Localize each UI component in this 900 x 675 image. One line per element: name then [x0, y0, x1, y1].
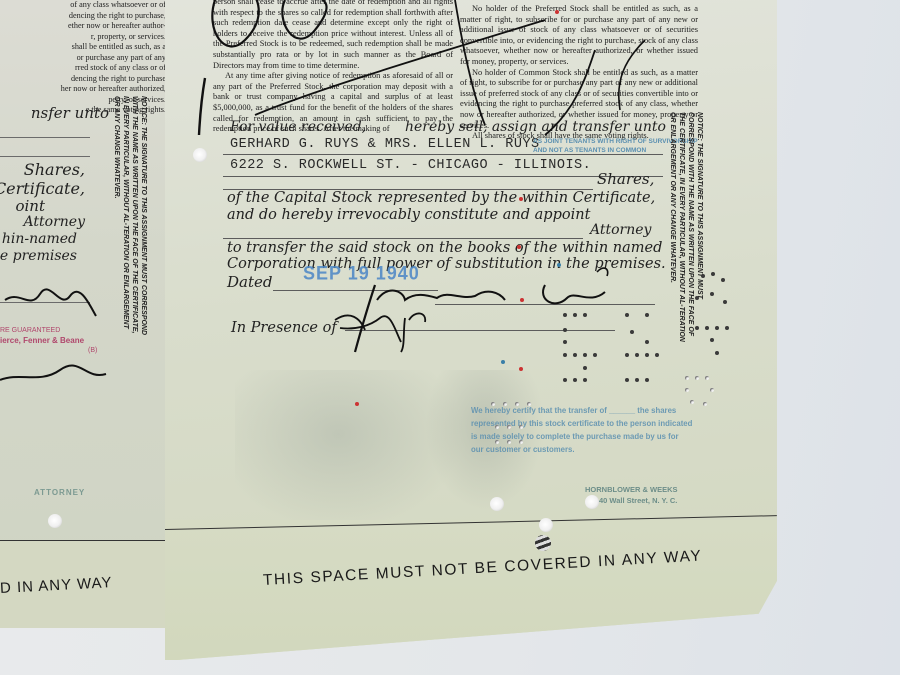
terms-paragraph: No holder of the Preferred Stock shall b…	[460, 4, 698, 68]
left-script-shares: Shares,	[24, 160, 85, 179]
date-stamp: SEP 19 1940	[303, 262, 420, 285]
bottom-band	[165, 520, 777, 660]
signature-rule	[435, 304, 655, 305]
punch-hole	[585, 495, 599, 509]
fineprint-line: rred stock of any class or of	[0, 63, 166, 74]
in-presence-of-label: In Presence of	[231, 320, 337, 336]
left-script-certificate: Certificate,	[0, 179, 85, 198]
left-rule	[0, 137, 90, 138]
date-rule	[273, 290, 438, 291]
left-attorney-stamp: ATTORNEY	[34, 488, 85, 497]
guarantee-line: RE GUARANTEED	[0, 326, 110, 336]
guarantee-line: ierce, Fenner & Beane	[0, 336, 110, 346]
punch-hole	[539, 518, 553, 532]
fineprint-line: or purchase any part of any	[0, 53, 166, 64]
for-value-received-label: For value received,	[230, 119, 366, 135]
assignee-name: GERHARD G. RUYS & MRS. ELLEN L. RUYS	[230, 137, 540, 152]
certification-line: represented by this stock certificate to…	[471, 417, 699, 430]
punch-hole	[490, 497, 504, 511]
dated-label: Dated	[227, 273, 272, 291]
fibre-dot	[519, 197, 523, 201]
left-notice-vertical: NOTICE: THE SIGNATURE TO THIS ASSIGNMENT…	[112, 96, 148, 336]
left-script-attorney: Attorney	[24, 214, 85, 230]
broker-name: HORNBLOWER & WEEKS	[585, 484, 678, 495]
fineprint-line: her now or hereafter authorized,	[0, 84, 166, 95]
fibre-dot	[355, 402, 359, 406]
punch-hole	[193, 148, 207, 162]
assignee-address: 6222 S. ROCKWELL ST. - CHICAGO - ILLINOI…	[230, 158, 591, 173]
fibre-dot	[517, 245, 521, 249]
certification-line: is made solely to complete the purchase …	[471, 430, 699, 443]
left-script-transfer-unto: nsfer unto	[31, 104, 109, 122]
left-rule	[0, 302, 90, 303]
stock-certificate-back: person shall cease to accrue after the d…	[165, 0, 777, 660]
assignee-rule	[223, 154, 663, 155]
fibre-dot	[501, 360, 505, 364]
sell-assign-transfer-label: hereby sell, assign and transfer unto	[405, 119, 666, 135]
attorney-rule	[223, 238, 583, 239]
fibre-dot	[519, 367, 523, 371]
witness-rule	[345, 330, 615, 331]
left-script-within-named: hin-named	[2, 231, 77, 247]
left-guarantee-stamp: RE GUARANTEED ierce, Fenner & Beane (B)	[0, 326, 110, 356]
fineprint-line: of any class whatsoever or of	[0, 0, 166, 11]
terms-paragraph: person shall cease to accrue after the d…	[213, 0, 453, 71]
fineprint-line: dencing the right to purchase,	[0, 11, 166, 22]
irrevocably-line: and do hereby irrevocably constitute and…	[227, 207, 590, 223]
certification-line: our customer or customers.	[471, 443, 699, 456]
left-script-appoint: oint	[15, 197, 45, 215]
punch-hole	[535, 535, 551, 551]
fineprint-line: dencing the right to purchase	[0, 74, 166, 85]
corporation-line: Corporation with full power of substitut…	[227, 256, 666, 272]
punch-hole	[48, 514, 62, 528]
signature-notice-vertical: NOTICE: THE SIGNATURE TO THIS ASSIGNMENT…	[668, 112, 704, 342]
fibre-dot	[555, 10, 559, 14]
fineprint-line: shall be entitled as such, as a	[0, 42, 166, 53]
shares-label: Shares,	[597, 170, 654, 188]
broker-certification: We hereby certify that the transfer of _…	[471, 404, 699, 456]
transfer-line: to transfer the said stock on the books …	[227, 240, 662, 256]
left-rule	[0, 156, 90, 157]
left-certificate: of any class whatsoever or of dencing th…	[0, 0, 166, 628]
fibre-dot	[557, 263, 561, 267]
terms-column-left: person shall cease to accrue after the d…	[213, 0, 453, 135]
capital-stock-line: of the Capital Stock represented by the …	[227, 190, 655, 206]
fibre-dot	[520, 298, 524, 302]
fineprint-line: ether now or hereafter author-	[0, 21, 166, 32]
guarantee-line: (B)	[0, 346, 110, 356]
left-script-premises: e premises	[0, 248, 77, 264]
attorney-label: Attorney	[590, 222, 651, 238]
fineprint-line: r, property, or services.	[0, 32, 166, 43]
